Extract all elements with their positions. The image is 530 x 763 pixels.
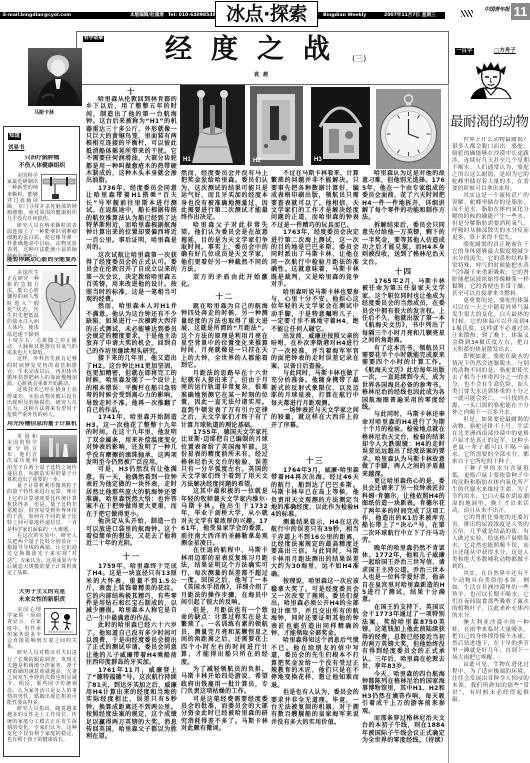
column-body: 世界上什么动物最耐渴？很多人都会脱口而出：骆驼。骆驼的确能够在沙漠中长途跋涉，连… bbox=[452, 137, 529, 761]
stripes-ornament-icon bbox=[461, 10, 473, 17]
paragraph: 不过在马斯卡林看来，计算繁琐的问题并非不能解决。只要事先把各种数据计算好，编成表… bbox=[271, 170, 359, 229]
header-editor: 本版编辑/杜涌涛 bbox=[130, 12, 164, 19]
paragraph: 与此同时，马斯卡林也做了充分的准备。他随身携带了最新式的反射式象限仪，以及迈耶的… bbox=[271, 370, 359, 407]
paragraph: 这样，外科医生就有足够的时间修复受伤的血管和器官。手术完成以后，再用体外循环装置… bbox=[7, 356, 77, 387]
paragraph: 一场钟表匠与天文学家之间的较量，就这样在大西洋上拉开了序幕。 bbox=[271, 407, 359, 429]
section-title: 冰点·探索 bbox=[215, 1, 318, 27]
sidebar-item-headline: 只治疗脑肿瘤 不伤人体健康组织 bbox=[7, 155, 77, 170]
paragraph: 它的肾脏比骆驼的还要厉害，排出的尿液浓度是人类的五倍，几乎就是结晶的盐。有人做过… bbox=[452, 515, 529, 571]
page-number: 11 bbox=[511, 3, 530, 20]
article-part: (三) bbox=[352, 54, 366, 63]
paragraph: 骆驼耐渴的真正秘密在于它的身体能够最大限度地减少水分的流失。它的鼻腔结构非常特殊… bbox=[452, 242, 529, 298]
paragraph: 此时的哈里森已经六十六岁了。他知道自己没有多少时间可以浪费，于是向经度委员会提出… bbox=[86, 622, 177, 666]
headline-line: 能暂停跳动心脏的全能复苏术 bbox=[7, 257, 77, 265]
paragraph: 由此可见，生物在进化过程中，为了适应极端的环境，往往会发展出各种令人惊叹的本领。… bbox=[452, 662, 529, 704]
tower-photo-image bbox=[40, 435, 77, 463]
column-author: □方舟子 bbox=[494, 48, 516, 55]
paragraph: 1736年，经度委员会同意让哈里森带着H1搭乘“百夫长”号军舰前往里斯本进行测试… bbox=[86, 185, 177, 252]
clock-h2-label: H2 bbox=[253, 158, 261, 164]
clock-h2-image: H2 bbox=[250, 86, 303, 166]
header-tel: Tel: 010-64098549 bbox=[168, 12, 216, 19]
article-column-1: 十 哈里森从伦敦回到林肯郡的乡下以后，用了整整五年的时间，制造出了他的第一台航海… bbox=[86, 87, 177, 761]
paragraph: 但是，月距法也有一个致命的缺点：计算过程实在是太繁琐了。一名训练有素的领航员，测… bbox=[181, 607, 268, 666]
paragraph: 澳大利亚沙漠中的一种蛙，在雨季来临时大量吸水，把自己的身体撑得像个水球，然后钻进… bbox=[452, 620, 529, 662]
article-text-block: 1764年3月，威廉·哈里森带着H4再次出海。经过46天的航行，船到达了巴巴多斯… bbox=[271, 467, 359, 761]
paragraph: 按理说，哈里森这一次应该稳拿大奖了。可是经度委员会又一次改变了规则。委员们提出，… bbox=[271, 578, 359, 637]
paragraph: 更重要的是，骆驼的体温可以在一天之中随着外界气温发生很大的变化。白天最热的时候，… bbox=[452, 298, 529, 354]
paragraph: 其实这是一个流传甚广的误解。驼峰里储存的是脂肪，而不是水。脂肪在体内氧化分解的时… bbox=[452, 193, 529, 242]
sidebar-item-headline: 能暂停跳动心脏的全能复苏术 bbox=[7, 257, 77, 266]
paragraph: 在国王的支持下，英国议会于1773年通过了一项特别法案，奖给哈里森8750英镑。… bbox=[362, 604, 445, 671]
article-column-3: 不过在马斯卡林看来，计算繁琐的问题并非不能解决。只要事先把各种数据计算好，编成表… bbox=[271, 170, 359, 761]
article-title: 经度之战 bbox=[165, 35, 349, 65]
paragraph: 就在哈里森为自己的航海钟四处奔走的时候，另一种测量经度的方法也取得了重大进展，这… bbox=[181, 303, 268, 370]
paragraph: 这项技术已经在猪身上获得成功，实验动物苏醒后没有出现明显的脑损伤。研究人员认为，… bbox=[7, 387, 77, 418]
article-byline: 袁越 bbox=[254, 71, 272, 78]
paragraph: 在往返的航程中，马斯卡林用迈耶的星表反复练习月距法，结果证明这个方法确实可行，每… bbox=[181, 547, 268, 606]
sidebar-label: 知道 bbox=[8, 133, 21, 140]
paragraph: 在这次的实验中，研究人员把两个量子比特分别放在一根超导导线的两端，让它们通过交换… bbox=[7, 533, 77, 576]
paragraph: 研究人员指出，随着越来越多的女性走上工作岗位，传统的家庭分工模式正在发生深刻的变… bbox=[7, 706, 77, 743]
paragraph: 哈里森认为这是对他的故意刁难，但他别无选择。1765年，他在一个由专家组成的委员… bbox=[362, 170, 445, 222]
article-text-block: 就在哈里森为自己的航海钟四处奔走的时候，另一种测量经度的方法也取得了重大进展，这… bbox=[181, 303, 268, 761]
paragraph: 然而，哈里森本人对H1并不满意。他认为这台钟还有不少缺陷，如果进行一次横跨大西洋… bbox=[86, 303, 177, 355]
clock-h1-label: H1 bbox=[183, 157, 191, 163]
header-bar-right: Bingdian Weekly 2007年11月7日 星期三 bbox=[318, 12, 445, 19]
clock-h1-image: H1 bbox=[180, 85, 245, 165]
sidebar-item-brain-tumor: 只治疗脑肿瘤 不伤人体健康组织 美国科学家最近研制出一种新型的纳米颗粒，能够穿过… bbox=[7, 155, 77, 257]
section-heading: 十三 bbox=[271, 455, 359, 467]
paragraph: 哈里森听说马斯卡林也要参与，心里十分不安。他担心这位年轻的天文学家会在测试中动手… bbox=[271, 289, 359, 333]
heart-illustration-image bbox=[42, 271, 77, 331]
article-text-block: 然而，经度委员会并没有马上把奖金发给哈里森。委员们认为，这次测试的结果可能只是运… bbox=[181, 170, 268, 291]
clock-h3-image: H3 bbox=[311, 87, 370, 165]
headline-line: 大男子主义的克星 bbox=[7, 589, 77, 597]
paragraph: 世界上什么动物最耐渴？很多人都会脱口而出：骆驼。骆驼的确能够在沙漠中长途跋涉，连… bbox=[452, 137, 529, 193]
headline-line: 未来女性的新职责 bbox=[7, 597, 77, 605]
column-title: 最耐渴的动物 bbox=[450, 114, 529, 132]
portrait-caption: 马斯卡林 bbox=[34, 109, 54, 116]
header-email: E-mail:bingdian@cyol.com bbox=[3, 12, 71, 19]
paragraph: 但是，如果要论最耐渴的动物，骆驼还排不上号。生活在北美洲西南部沙漠中的更格卢鼠才… bbox=[452, 417, 529, 466]
article-text-block: 1759年，哈里森终于完成了H4。这是一块直径只有13厘米的大怀表，重量不到1.… bbox=[86, 563, 177, 761]
article-text-block: 不过在马斯卡林看来，计算繁琐的问题并非不能解决。只要事先把各种数据计算好，编成表… bbox=[271, 170, 359, 455]
paragraph: 接下来的几年里，他又造出了H2。这台钟比H1更加坚固，也更加精密，但就在即将完工… bbox=[86, 355, 177, 414]
sidebar-item-heart: 能暂停跳动心脏的全能复苏术 美国医生正在研究一种新的急救方法，能让心脏骤停的病人… bbox=[7, 257, 77, 421]
sidebar-item-headline: 用光传播信息的量子计算机 bbox=[7, 421, 77, 430]
paragraph: 测量结果显示，H4在这次航行中的误差只有39秒，相当于赤道上不到16公里的距离，… bbox=[271, 519, 359, 578]
diagram-image bbox=[41, 174, 77, 201]
paragraph: 可是，H3仍然没有让他满意。有一天，他偶然看到一位钟表匠为他定做的一块怀表，走时… bbox=[86, 466, 177, 518]
paragraph: 今天，哈里森的四台航海钟都陈列在格林尼治的国家海事博物馆里，其中H1、H2和H3… bbox=[362, 671, 445, 715]
paragraph: 出发前，威廉还按照父亲的吩咐，在朴次茅斯港对H4进行了一次校准，并当着海军军官的… bbox=[271, 333, 359, 370]
paragraph: 而那条穿过格林尼治天文台的本初子午线，则在1884年被国际子午线会议正式确定为全… bbox=[362, 715, 445, 745]
paragraph: 但是也有人认为，委员会的要求并非全无道理。毕竟，一台无法被复制的机器，对于拥有数… bbox=[271, 689, 359, 726]
section-heading: 十一 bbox=[86, 551, 177, 563]
article-column-2: 然而，经度委员会并没有马上把奖金发给哈里森。委员们认为，这次测试的结果可能只是运… bbox=[181, 170, 268, 761]
article-text-block: 1765年2月，马斯卡林被任命为第五任皇家天文学家。这个职位同时也让他成为经度委… bbox=[362, 278, 445, 761]
sidebar-item-body: 美国医生正在研究一种新的急救方法，能让心脏骤停的病人暂时进入“假死”状态。医生们… bbox=[7, 270, 77, 419]
paragraph: 更让哈里森伤心的是，委员会还请来了另一位钟表匠拉科姆·肯德尔，让他依照H4的图纸… bbox=[362, 478, 445, 545]
article-kicker: 科学故事 bbox=[83, 36, 104, 42]
sidebar-item-household: 大男子主义的克星 未来女性的新职责 美国心理学家的一项调查显示，在家庭中，男性承… bbox=[7, 589, 77, 755]
paragraph: 晚年的哈里森仍然不肯罢休。1772年，他和儿子威廉一起给国王乔治三世写信，请求国… bbox=[362, 545, 445, 604]
paragraph: 为了减轻领航员的负担，马斯卡林开始四处游说，希望政府出钱雇用一批计算员，专门负责… bbox=[181, 666, 268, 696]
column-divider bbox=[448, 84, 449, 763]
sidebar-author: 刘易书 bbox=[8, 143, 25, 151]
paragraph: 1761年11月，威廉登上了“德特福德”号。这次航行持续了81天，到达牙买加之后… bbox=[86, 667, 177, 741]
paragraph: 研究人员对数百对夫妇进行了长期的跟踪调查，发现丈夫越是积极地分担家务，妻子对婚姻… bbox=[7, 650, 77, 706]
headline-line: 不伤人体健康组织 bbox=[7, 163, 77, 171]
clock-h3-label: H3 bbox=[314, 157, 322, 163]
sidebar-item-body: 英国和美国的科学家分别宣布，他们首次成功地利用光子在两个量子比特之间传递信息，向… bbox=[7, 434, 77, 577]
headline-line: 只治疗脑肿瘤 bbox=[7, 155, 77, 163]
paragraph: 1763年，经度委员会决定进行第二次海上测试，这一次的目的地是巴巴多斯。委员会同… bbox=[271, 229, 359, 288]
article-column-4: 哈里森认为这是对他的故意刁难，但他别无选择。1765年，他在一个由专家组成的委员… bbox=[362, 170, 445, 761]
paragraph: 1764年3月，威廉·哈里森带着H4再次出海。经过46天的航行，船到达了巴巴多斯… bbox=[271, 467, 359, 519]
header-date: 2007年11月7日 星期三 bbox=[384, 12, 436, 19]
paragraph: 与此同时，马斯卡林还奉命对哈里森的H4进行了为期十个月的检验。检验地点就在格林尼… bbox=[362, 411, 445, 478]
article-text-block: 哈里森认为这是对他的故意刁难，但他别无选择。1765年，他在一个由专家组成的委员… bbox=[362, 170, 445, 266]
paragraph: 1755年，德国天文学家托比亚斯·迈耶把自己编制的月球位置表寄给了英国海军部。这… bbox=[181, 429, 268, 488]
news-sidebar: 知道 刘易书 只治疗脑肿瘤 不伤人体健康组织 美国科学家最近研制出一种新型的纳米… bbox=[3, 126, 80, 757]
column-label: 一百字 bbox=[455, 48, 474, 55]
paragraph: 这次试航让哈里森第一次获得了经度委员会的正式认可。委员会在伦敦召开了自成立以来的… bbox=[86, 252, 177, 304]
paragraph: 双方的矛盾由此开始激化。 bbox=[181, 274, 268, 289]
paragraph: 这其中最积极的一位就是年轻的牧师兼天文学家内维尔·马斯卡林。他出生于1732年，… bbox=[181, 488, 268, 547]
cartoon-image bbox=[44, 608, 77, 635]
paragraph: 1759年，哈里森终于完成了H4。这是一块直径只有13厘米的大怀表，重量不到1.… bbox=[86, 563, 177, 622]
paragraph: 1765年2月，马斯卡林被任命为第五任皇家天文学家。这个职位同时也让他成为经度委… bbox=[362, 278, 445, 345]
paragraph: 拆解结束后，委员会只同意先付给他一万英镑，剩下的一半奖金，要等其他人仿造成功之后… bbox=[362, 222, 445, 266]
section-heading: 十四 bbox=[362, 266, 445, 278]
clock-h4-pocket-watch-image bbox=[376, 89, 441, 169]
section-heading: 十二 bbox=[181, 291, 268, 303]
header-weekly: Bingdian Weekly bbox=[323, 12, 366, 19]
newspaper-logo: 中国青年报 bbox=[484, 5, 509, 13]
portrait-image bbox=[28, 48, 82, 106]
article-text-block: 哈里森从伦敦回到林肯郡的乡下以后，用了整整五年的时间，制造出了他的第一台航海钟。… bbox=[86, 96, 177, 551]
paragraph: 干种子里的水分含量很低，更格卢鼠主要依靠种子中的淀粉和脂肪在体内氧化所产生的代谢… bbox=[452, 466, 529, 515]
paragraph: 有了这本历书，领航员只需要花半个小时就能完成原来需要四个小时的计算工作。《航海天… bbox=[362, 345, 445, 412]
section-heading: 十 bbox=[86, 87, 177, 96]
paragraph: 月距法的思路早在十六世纪就有人提出来了，但由于月亮的运行轨道非常复杂，很难准确地… bbox=[181, 370, 268, 429]
sidebar-item-body: 美国科学家最近研制出一种新型的纳米颗粒，能够穿过血脑屏障，专门寻找并杀死脑部的肿… bbox=[7, 173, 77, 257]
sidebar-item-headline: 大男子主义的克星 未来女性的新职责 bbox=[7, 589, 77, 604]
paragraph: 其实，在自然界中还有不少动物具有类似的本领。例如，生活在非洲沙漠里的一些羚羊，也… bbox=[452, 571, 529, 620]
author-caricature-image bbox=[465, 62, 517, 99]
paragraph: 哈里森从伦敦回到林肯郡的乡下以后，用了整整五年的时间，制造出了他的第一台航海钟。… bbox=[86, 96, 177, 185]
paragraph: 1741年，哈里森开始制造H3。这一次他花了整整十九年的时间。在这十九年里，他发… bbox=[86, 414, 177, 466]
sidebar-item-body: 美国心理学家的一项调查显示，在家庭中，男性承担家务的多少会直接影响到夫妻之间的关… bbox=[7, 607, 77, 743]
paragraph: 可是这笔经费需要经度委员会的批准，而委员会的大部分资金此时已经被哈里森的研究消耗… bbox=[181, 696, 268, 733]
paragraph: 研究人员在纳米颗粒的表面连接上了一种能够识别肿瘤细胞的蛋白质，使它像导弹一样准确… bbox=[7, 223, 77, 257]
paragraph: 哈里森父子对此非常失望。他们认为委员会是在故意拖延，目的是为天文学家们争取时间。… bbox=[181, 222, 268, 274]
paragraph: 他决定从头开始，制造一台可以放进口袋里的航海钟。这个看似简单的想法，又花去了他将… bbox=[86, 518, 177, 548]
paragraph: 然而，经度委员会并没有马上把奖金发给哈里森。委员们认为，这次测试的结果可能只是运… bbox=[181, 170, 268, 222]
paragraph: 哈里森得知这个消息后气愤不已。他在给朋友的信中写道，委员会的先生们根本不打算把奖… bbox=[271, 637, 359, 689]
paragraph: 量子计算机利用微观粒子的量子特性来进行运算，理论上它的计算速度要比传统计算机快得… bbox=[7, 483, 77, 533]
headline-line: 用光传播信息的量子计算机 bbox=[7, 421, 77, 429]
paragraph: 即便如此，骆驼在缺水的情况下仍然会逐渐脱水。与别的动物不同的是，骆驼即使失去了相… bbox=[452, 354, 529, 417]
sidebar-item-quantum: 用光传播信息的量子计算机 英国和美国的科学家分别宣布，他们首次成功地利用光子在两… bbox=[7, 421, 77, 587]
header-bar-left: E-mail:bingdian@cyol.com 本版编辑/杜涌涛 Tel: 0… bbox=[0, 12, 216, 19]
